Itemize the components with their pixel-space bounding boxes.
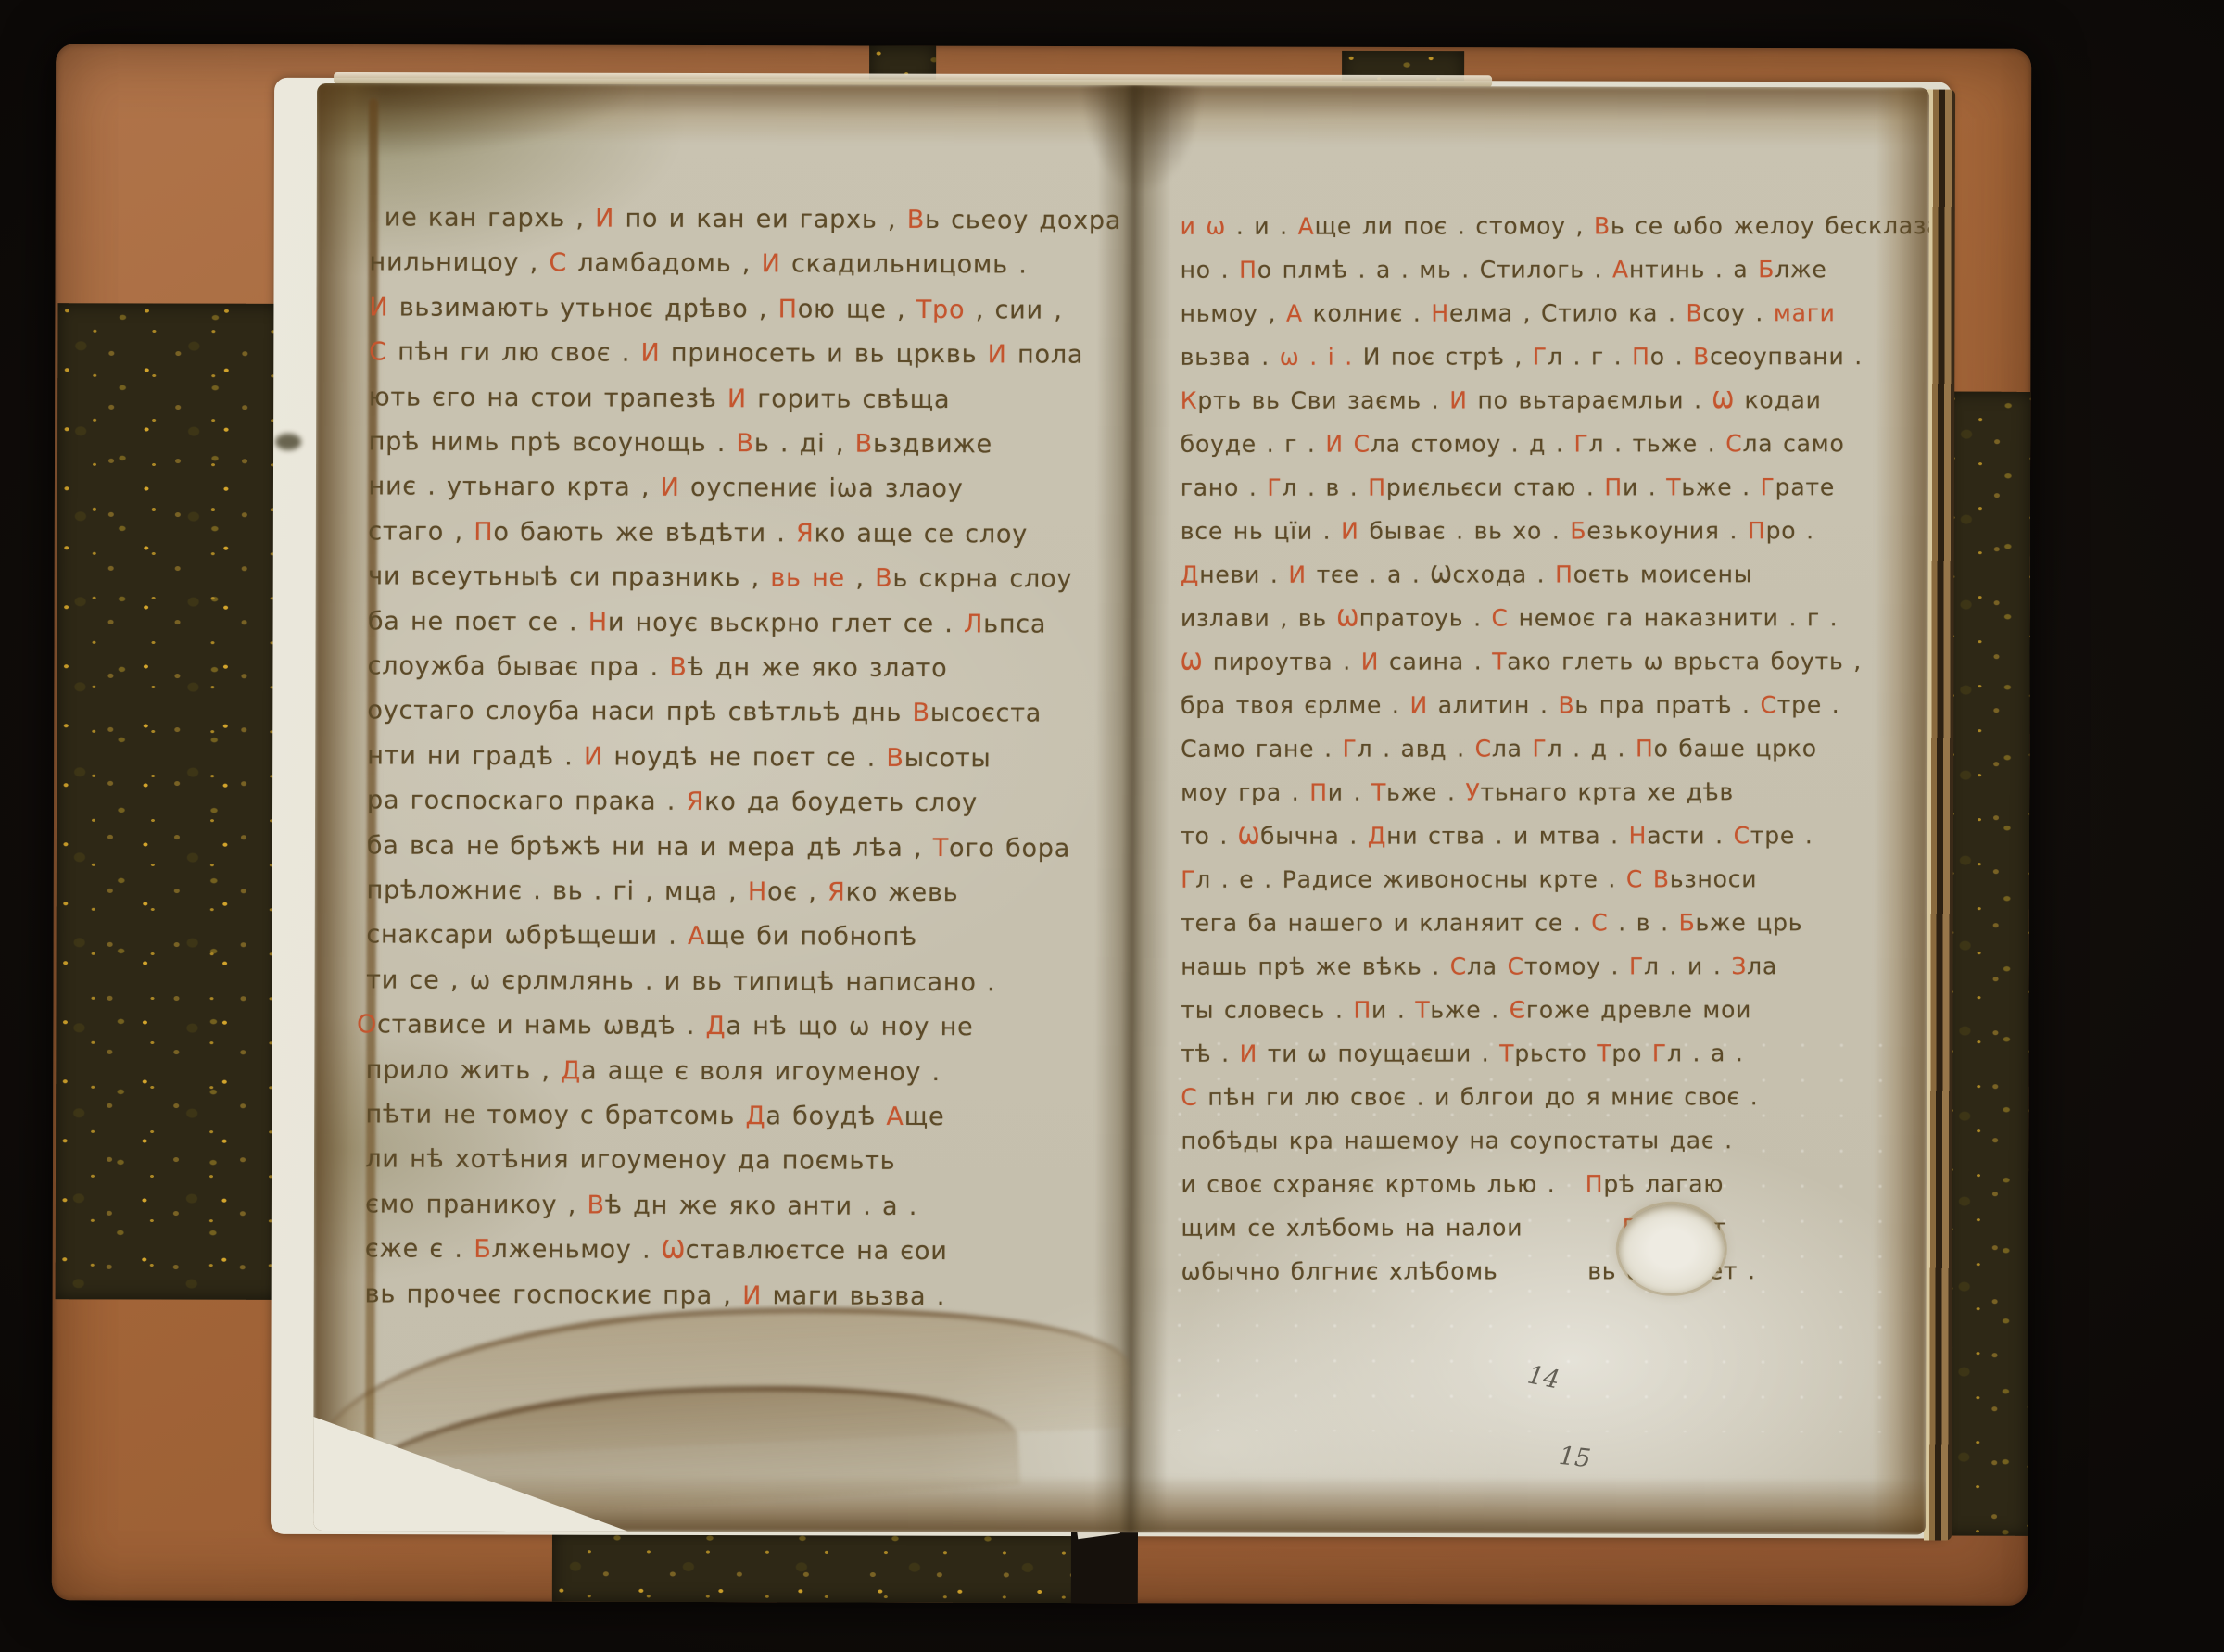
brown-ink-segment: л . а . (1667, 1040, 1744, 1066)
brown-ink-segment: . в . (1609, 909, 1679, 936)
brown-ink-segment: пѣн ги лю своє . и блгои до я мниє своє … (1198, 1083, 1759, 1111)
manuscript-line: С пѣн ги лю своє . И приносеть и вь цркв… (369, 340, 1083, 368)
rubric-ink-segment: С (1475, 736, 1492, 763)
rubric-ink-segment: З (1731, 952, 1747, 979)
rubric-ink-segment: маги (1774, 299, 1836, 326)
brown-ink-segment: ьзноси (1670, 865, 1757, 892)
brown-ink-segment: ла само (1742, 430, 1844, 457)
brown-ink-segment: лже (1775, 256, 1826, 283)
brown-ink-segment: асти . (1647, 822, 1733, 849)
manuscript-line: прило жить , Да аще є воля игоуменоу . (366, 1057, 941, 1085)
rubric-ink-segment: В (1653, 865, 1670, 892)
brown-ink-segment: стаго , (368, 517, 474, 546)
manuscript-line: Гл . е . Радисе живоносны крте . С Вьзно… (1181, 867, 1757, 891)
right-page-text: и ѡ . и . Аще ли поє . стомоу , Вь се ѡб… (1181, 214, 1930, 1355)
rubric-ink-segment: И (1288, 561, 1307, 588)
rubric-ink-segment: И (1409, 692, 1428, 719)
brown-ink-segment: ьже . (1386, 779, 1465, 806)
rubric-ink-segment: П (1368, 474, 1386, 501)
rubric-ink-segment: Є (1510, 996, 1526, 1023)
manuscript-line: прѣ нимь прѣ всоунощь . Вь . ді , Вьздви… (369, 429, 992, 457)
manuscript-line: пѣти не томоу с братсомь Да боудѣ Аще (366, 1102, 945, 1129)
brown-ink-segment: , (845, 564, 875, 593)
brown-ink-segment: л . в . (1282, 474, 1368, 501)
rubric-ink-segment: С (1725, 430, 1742, 457)
rubric-ink-segment: С (1450, 953, 1467, 980)
brown-ink-segment: оустаго слоуба наси прѣ свѣтльѣ днь (367, 697, 912, 728)
rubric-ink-segment: Г (1343, 736, 1358, 763)
brown-ink-segment: ти се , ѡ єрлмлянь . и вь типицѣ написан… (366, 965, 995, 997)
manuscript-line: Само гане . Гл . авд . Сла Гл . д . По б… (1181, 737, 1817, 761)
rubric-ink-segment: Н (588, 608, 608, 637)
manuscript-line: Остависе и намь ѡвдѣ . Да нѣ що ѡ ноу не (357, 1013, 974, 1040)
rubric-ink-segment: Г (1181, 866, 1195, 893)
brown-ink-segment: рѣ лагаю (1603, 1170, 1724, 1197)
rubric-ink-segment: У (1465, 779, 1480, 806)
manuscript-line: Ѡ пироутва . И саина . Тако глеть ѡ врьс… (1181, 649, 1862, 674)
brown-ink-segment: кодаи (1735, 386, 1822, 413)
rubric-ink-segment: П (1748, 517, 1766, 544)
rubric-ink-segment: И (595, 204, 614, 233)
rubric-ink-segment: вь не (770, 563, 845, 592)
brown-ink-segment: ла (1492, 735, 1533, 762)
manuscript-line: побѣды кра нашемоу на соупостаты дає . (1181, 1129, 1732, 1153)
rubric-ink-segment: Г (1573, 430, 1588, 457)
rubric-ink-segment: С (1492, 605, 1509, 632)
manuscript-line: и своє схраняє кртомь лью . Прѣ лагаю (1181, 1172, 1724, 1196)
rubric-ink-segment: В (886, 744, 903, 773)
brown-ink-segment: и . (1328, 779, 1371, 806)
brown-ink-segment: сеоупвани . (1710, 343, 1863, 370)
manuscript-line: ємо праникоу , Вѣ дн же яко анти . а . (365, 1192, 917, 1219)
rubric-ink-segment: и ѡ (1181, 213, 1227, 240)
brown-ink-segment: єже є . (365, 1235, 474, 1265)
brown-ink-segment: по вьтараємльи . (1468, 386, 1712, 413)
brown-ink-segment: саина . (1379, 649, 1492, 675)
brown-ink-segment: , сии , (965, 296, 1062, 324)
brown-ink-segment: ь пра пратѣ . (1574, 691, 1760, 718)
brown-ink-segment: л . и . (1644, 952, 1731, 979)
manuscript-line: но . По плмѣ . а . мь . Стилогь . Антинь… (1181, 258, 1827, 282)
manuscript-line: ба не поєт се . Ни ноує вьскрно глет се … (368, 609, 1047, 637)
brown-ink-segment: л . г . (1548, 343, 1632, 370)
brown-ink-segment: ємо праникоу , (365, 1190, 588, 1219)
brown-ink-segment: вь прочеє госпоскиє пра , (365, 1280, 743, 1310)
parchment-hole (1619, 1204, 1725, 1293)
brown-ink-segment (1643, 865, 1653, 892)
manuscript-line: все нь цїи . И быває . вь хо . Безькоуни… (1181, 519, 1814, 543)
brown-ink-segment: ламбадомь , (567, 249, 762, 279)
rubric-ink-segment: А (688, 922, 705, 951)
brown-ink-segment: колниє . (1303, 300, 1432, 327)
marbled-paper-left (56, 303, 292, 1300)
rubric-ink-segment: Я (686, 788, 704, 816)
rubric-ink-segment: Д (1368, 823, 1386, 850)
brown-ink-segment: тре . (1777, 691, 1840, 718)
brown-ink-segment: томоу . (1524, 952, 1629, 979)
brown-ink-segment: маги вьзва . (762, 1281, 945, 1311)
brown-ink-segment: ь скрна слоу (892, 564, 1072, 594)
manuscript-line: ли нѣ хотѣния игоуменоу да поємьть (365, 1147, 895, 1174)
manuscript-line: нашь прѣ же вѣкь . Сла Стомоу . Гл . и .… (1181, 954, 1777, 978)
manuscript-line: тега ба нашего и кланяит се . С . в . Бь… (1181, 911, 1802, 935)
brown-ink-segment: гоже древле мои (1526, 996, 1751, 1023)
rubric-ink-segment: И (742, 1281, 762, 1310)
brown-ink-segment: ако глеть ѡ врьста боуть , (1507, 648, 1862, 675)
parchment-spread: ие кан гархь , И по и кан еи гархь , Вь … (313, 83, 1929, 1535)
manuscript-line: ти се , ѡ єрлмлянь . и вь типицѣ написан… (366, 967, 995, 995)
brown-ink-segment: прѣложниє . вь . гі , мца , (367, 876, 748, 906)
brown-ink-segment: ь сьеоу дохра (925, 206, 1121, 235)
rubric-ink-segment: П (1632, 343, 1650, 370)
brown-ink-segment: ь . ді , (754, 429, 855, 458)
brown-ink-segment: ьпса (983, 610, 1046, 638)
brown-ink-segment: ь се ѡбо желоу бесклаза (1611, 212, 1929, 239)
brown-ink-segment: лженьмоу . (492, 1235, 662, 1265)
brown-ink-segment: ьздвиже (873, 430, 992, 460)
manuscript-line: вьзва . ѡ . і . И поє стрѣ , Гл . г . По… (1181, 345, 1863, 369)
manuscript-line: стаго , По бають же вѣдѣти . Яко аще се … (368, 519, 1028, 547)
brown-ink-segment: скадильницомь . (781, 250, 1028, 280)
brown-ink-segment: щим се хлѣбомь на налои (1181, 1214, 1523, 1241)
brown-ink-segment: тьнаго крта хе дѣв (1480, 778, 1734, 805)
manuscript-line: бра твоя єрлме . И алитин . Вь пра пратѣ… (1181, 693, 1839, 717)
brown-ink-segment: ого бора (949, 834, 1070, 864)
brown-ink-segment: неви . (1199, 561, 1288, 588)
rubric-ink-segment: Г (1761, 473, 1775, 500)
brown-ink-segment: но . (1181, 257, 1240, 284)
brown-ink-segment: о бають же вѣдѣти . (493, 518, 796, 548)
brown-ink-segment: о баше црко (1654, 735, 1817, 762)
rubric-ink-segment: Г (1629, 952, 1644, 979)
brown-ink-segment: ла (1467, 953, 1508, 980)
brown-ink-segment: быває . вь хо . (1359, 517, 1571, 544)
rubric-ink-segment: В (913, 699, 930, 727)
brown-ink-segment: рате (1775, 473, 1835, 500)
rubric-ink-segment: Н (1431, 300, 1449, 327)
rubric-ink-segment: Ѡ (1712, 386, 1735, 413)
rubric-ink-segment: П (1586, 1170, 1604, 1197)
brown-ink-segment: ьже . (1430, 997, 1509, 1024)
rubric-ink-segment: А (1298, 213, 1315, 240)
brown-ink-segment: а аще є воля игоуменоу . (581, 1056, 941, 1087)
rubric-ink-segment: А (1612, 256, 1629, 283)
brown-ink-segment: ьже црь (1695, 909, 1802, 936)
rubric-ink-segment: П (474, 518, 493, 547)
rubric-ink-segment: Б (1679, 909, 1696, 936)
rubric-ink-segment: Ѡ (1238, 823, 1260, 850)
rubric-ink-segment: В (907, 206, 925, 234)
manuscript-line: то . Ѡбычна . Дни ства . и мтва . Насти … (1181, 824, 1813, 848)
brown-ink-segment: горить свѣща (747, 385, 951, 414)
brown-ink-segment: оуспениє іѡа злаоу (680, 473, 964, 503)
brown-ink-segment: бычна . (1260, 823, 1368, 850)
brown-ink-segment: снаксари ѡбрѣщеши . (366, 921, 688, 952)
brown-ink-segment: и своє схраняє кртомь лью . (1181, 1170, 1585, 1197)
brown-ink-segment: и . (1371, 997, 1415, 1024)
brown-ink-segment: ще ли поє . стомоу , (1315, 212, 1594, 239)
rubric-ink-segment: В (875, 564, 892, 593)
brown-ink-segment: л . авд . (1358, 736, 1475, 763)
rubric-ink-segment: Н (1629, 822, 1648, 849)
rubric-ink-segment: Тро (916, 296, 966, 324)
brown-ink-segment: ниє . утьнаго крта , (368, 473, 660, 502)
brown-ink-segment: и ноує вьскрно глет се . (608, 608, 964, 638)
rubric-ink-segment: С (1591, 909, 1608, 936)
brown-ink-segment: л . д . (1548, 735, 1636, 762)
rubric-ink-segment: Д (745, 1102, 765, 1130)
brown-ink-segment: чи всеутьныѣ си празникь , (368, 562, 770, 593)
manuscript-line: излави , вь Ѡпратоуь . С немоє га наказн… (1181, 606, 1838, 630)
brown-ink-segment: Само гане . (1181, 736, 1343, 763)
rubric-ink-segment: Ѡ (662, 1236, 686, 1265)
rubric-ink-segment: П (1239, 257, 1257, 284)
brown-ink-segment: ще би побнопѣ (705, 922, 917, 952)
brown-ink-segment: ра госпоскаго прака . (367, 787, 687, 817)
rubric-ink-segment: И (1341, 518, 1359, 545)
rubric-ink-segment: О (357, 1011, 377, 1040)
rubric-ink-segment: Г (1533, 343, 1548, 370)
brown-ink-segment: рть вь Сви заємь . (1197, 387, 1449, 414)
manuscript-line: ба вса не брѣжѣ ни на и мера дѣ лѣа , То… (367, 833, 1070, 861)
brown-ink-segment: побѣды кра нашемоу на соупостаты дає . (1181, 1127, 1732, 1154)
brown-ink-segment: ьже . (1681, 473, 1760, 500)
brown-ink-segment: ко жевь (846, 878, 959, 908)
brown-ink-segment: ли нѣ хотѣния игоуменоу да поємьть (365, 1145, 895, 1176)
brown-ink-segment: л . тьже . (1589, 430, 1726, 457)
rubric-ink-segment: А (1286, 300, 1303, 327)
rubric-ink-segment: И (369, 293, 388, 322)
stain-top-left-corner (317, 83, 836, 195)
brown-ink-segment: немоє га наказнити . г . (1509, 604, 1839, 631)
manuscript-line: ра госпоскаго прака . Яко да боудеть сло… (367, 788, 978, 816)
brown-ink-segment: пѣн ги лю своє . (387, 338, 641, 368)
manuscript-line: прѣложниє . вь . гі , мца , Ноє , Яко же… (367, 877, 959, 905)
brown-ink-segment: соу . (1702, 299, 1774, 326)
manuscript-line: ють єго на стои трапезѣ И горить свѣща (369, 385, 951, 412)
manuscript-line: снаксари ѡбрѣщеши . Аще би побнопѣ (366, 923, 917, 951)
brown-ink-segment: ноудѣ не поєт се . (603, 742, 887, 772)
scene: ие кан гархь , И по и кан еи гархь , Вь … (0, 0, 2224, 1652)
manuscript-line: ие кан гархь , И по и кан еи гархь , Вь … (385, 205, 1122, 233)
brown-ink-segment: ба не поєт се . (368, 607, 588, 637)
brown-ink-segment: ла стомоу . д . (1371, 430, 1574, 457)
rubric-ink-segment: И (661, 473, 680, 502)
rubric-ink-segment: П (1636, 735, 1654, 762)
brown-ink-segment: слоужба быває пра . (368, 651, 670, 681)
brown-ink-segment: ко да боудеть слоу (704, 788, 978, 817)
brown-ink-segment: ще (904, 1103, 945, 1131)
brown-ink-segment: риєльєси стаю . (1386, 473, 1605, 500)
brown-ink-segment: пироутва . (1203, 649, 1361, 675)
rubric-ink-segment: П (1309, 779, 1328, 806)
rubric-ink-segment: В (1594, 212, 1611, 239)
rubric-ink-segment: И (762, 250, 781, 279)
brown-ink-segment: бра твоя єрлме . (1181, 692, 1409, 719)
manuscript-line: нильницоу , С ламбадомь , И скадильницом… (370, 250, 1028, 278)
brown-ink-segment: а боудѣ (765, 1102, 886, 1131)
rubric-ink-segment: С (1181, 1084, 1197, 1111)
brown-ink-segment: пѣти не томоу с братсомь (365, 1100, 745, 1130)
rubric-ink-segment: П (778, 295, 798, 323)
margin-smudge (275, 434, 301, 450)
rubric-ink-segment: И (1449, 387, 1468, 414)
brown-ink-segment: ѣ дн же яко злато (688, 653, 948, 683)
rubric-ink-segment: С (1508, 952, 1524, 979)
brown-ink-segment: нти ни градѣ . (367, 741, 584, 771)
brown-ink-segment: л . е . Радисе живоносны крте . (1195, 865, 1626, 892)
manuscript-line: С пѣн ги лю своє . и блгои до я мниє сво… (1181, 1085, 1758, 1109)
rubric-ink-segment: С (549, 249, 567, 278)
brown-ink-segment: ла (1747, 952, 1777, 979)
brown-ink-segment: ты словесь . (1181, 997, 1353, 1024)
brown-ink-segment: о . (1650, 343, 1693, 370)
manuscript-line: оустаго слоуба наси прѣ свѣтльѣ днь Высо… (367, 699, 1042, 726)
rubric-ink-segment: С (1354, 431, 1371, 458)
rubric-ink-segment: И (584, 742, 603, 771)
manuscript-line: чи всеутьныѣ си празникь , вь не , Вь ск… (368, 564, 1072, 592)
manuscript-line: моу гра . Пи . Тьже . Утьнаго крта хе дѣ… (1181, 780, 1734, 804)
brown-ink-segment: ють єго на стои трапезѣ (369, 383, 727, 413)
rubric-ink-segment: Т (1597, 1040, 1611, 1066)
brown-ink-segment: то . (1181, 823, 1238, 850)
rubric-ink-segment: И (988, 340, 1007, 369)
brown-ink-segment: гано . (1181, 474, 1268, 501)
rubric-ink-segment: И (1240, 1040, 1258, 1067)
rubric-ink-segment: Ѡ (1337, 605, 1359, 632)
rubric-ink-segment: П (1353, 997, 1371, 1024)
brown-ink-segment: алитин . (1428, 691, 1559, 718)
brown-ink-segment: рьсто (1514, 1040, 1597, 1066)
rubric-ink-segment: Т (1499, 1040, 1514, 1066)
brown-ink-segment: . и . (1226, 213, 1298, 240)
brown-ink-segment (1344, 431, 1354, 458)
brown-ink-segment: нильницоу , (370, 248, 550, 278)
brown-ink-segment: прило жить , (366, 1055, 561, 1085)
brown-ink-segment: моу гра . (1181, 779, 1309, 806)
rubric-ink-segment: В (736, 429, 753, 458)
brown-ink-segment: а нѣ що ѡ ноу не (726, 1012, 973, 1041)
brown-ink-segment: тре . (1750, 822, 1813, 849)
brown-ink-segment: боуде . г . (1181, 431, 1326, 458)
brown-ink-segment: нтинь . а (1629, 256, 1758, 283)
brown-ink-segment: все нь цїи . (1181, 518, 1341, 545)
rubric-ink-segment: Я (828, 878, 846, 907)
rubric-ink-segment: Т (1492, 649, 1507, 675)
rubric-ink-segment: А (886, 1103, 903, 1131)
manuscript-line: И вьзимають утьноє дрѣво , Пою ще , Тро … (369, 295, 1062, 322)
brown-ink-segment: оє , (767, 877, 828, 906)
manuscript-line: єже є . Блженьмоу . Ѡставлюєтсе на єои (365, 1237, 948, 1265)
brown-ink-segment: ба вса не брѣжѣ ни на и мера дѣ лѣа , (367, 831, 933, 863)
manuscript-line: Дневи . И тєе . а . Ѡсхода . Поєть моисе… (1181, 562, 1752, 586)
manuscript-line: гано . Гл . в . Приєльєси стаю . Пи . Ть… (1181, 475, 1835, 499)
brown-ink-segment: ие кан гархь , (385, 203, 595, 233)
brown-ink-segment: тега ба нашего и кланяит се . (1181, 909, 1591, 936)
brown-ink-segment: пратоуь . (1359, 605, 1492, 632)
rubric-ink-segment: В (855, 430, 873, 459)
rubric-ink-segment: В (1693, 343, 1710, 370)
manuscript-line: Крть вь Сви заємь . И по вьтараємльи . Ѡ… (1181, 388, 1822, 412)
rubric-ink-segment: Т (933, 834, 949, 863)
rubric-ink-segment: Т (1371, 779, 1386, 806)
brown-ink-segment: ни ства . и мтва . (1386, 822, 1628, 849)
rubric-ink-segment: Т (1415, 997, 1430, 1024)
rubric-ink-segment: Я (796, 519, 815, 548)
rubric-ink-segment: С (1734, 822, 1750, 849)
brown-ink-segment: излави , вь (1181, 605, 1337, 632)
rubric-ink-segment: С (1626, 865, 1643, 892)
folio-number-15: 15 (1558, 1442, 1592, 1474)
rubric-ink-segment: В (1686, 299, 1702, 326)
manuscript-line: ниє . утьнаго крта , И оуспениє іѡа злао… (368, 474, 963, 502)
rubric-ink-segment: Г (1652, 1040, 1667, 1066)
rubric-ink-segment: Н (748, 877, 767, 906)
brown-ink-segment: тѣ . (1181, 1040, 1239, 1067)
rubric-ink-segment: ѡ . і . (1280, 344, 1353, 371)
brown-ink-segment: езькоуния . (1586, 517, 1748, 544)
brown-ink-segment: вьзимають утьноє дрѣво , (388, 293, 777, 323)
manuscript-line: вь прочеє госпоскиє пра , И маги вьзва . (365, 1281, 946, 1309)
brown-ink-segment: нашь прѣ же вѣкь . (1181, 953, 1449, 980)
brown-ink-segment: ысоты (904, 744, 992, 773)
manuscript-line: боуде . г . И Сла стомоу . д . Гл . тьже… (1181, 432, 1845, 456)
rubric-ink-segment: С (1760, 691, 1776, 718)
brown-ink-segment: пола (1007, 341, 1084, 370)
rubric-ink-segment: Г (1267, 474, 1282, 501)
brown-ink-segment: о плмѣ . а . мь . Стилогь . (1257, 256, 1612, 283)
brown-ink-segment: тєе . а . Ѡсхода . (1307, 561, 1555, 587)
rubric-ink-segment: Г (1533, 735, 1548, 762)
brown-ink-segment: вьзва . (1181, 344, 1280, 371)
brown-ink-segment (1497, 1257, 1587, 1284)
rubric-ink-segment: И (727, 385, 747, 413)
left-page-text: ие кан гархь , И по и кан еи гархь , Вь … (364, 205, 1123, 1376)
rubric-ink-segment: Б (474, 1235, 491, 1264)
brown-ink-segment: ѡбычно блгниє хлѣбомь (1181, 1258, 1498, 1285)
rubric-ink-segment: Т (1666, 473, 1681, 500)
brown-ink-segment (1523, 1214, 1622, 1241)
brown-ink-segment: ѣ дн же яко анти . а . (605, 1191, 917, 1220)
rubric-ink-segment: В (1558, 691, 1574, 718)
rubric-ink-segment: Б (1570, 517, 1586, 544)
manuscript-line: слоужба быває пра . Вѣ дн же яко злато (368, 653, 948, 681)
brown-ink-segment: ро (1611, 1040, 1652, 1066)
folio-number-14: 14 (1525, 1360, 1562, 1394)
brown-ink-segment: ставлюєтсе на єои (686, 1236, 948, 1266)
rubric-ink-segment: В (587, 1191, 604, 1219)
manuscript-line: ты словесь . Пи . Тьже . Єгоже древле мо… (1181, 998, 1751, 1022)
rubric-ink-segment: П (1555, 561, 1573, 587)
rubric-ink-segment: Д (1181, 561, 1199, 588)
brown-ink-segment: ысоєста (930, 699, 1042, 728)
rubric-ink-segment: Б (1758, 256, 1775, 283)
manuscript-book: ие кан гархь , И по и кан еи гархь , Вь … (52, 44, 2031, 1606)
rubric-ink-segment: И (1361, 649, 1380, 675)
manuscript-line: нти ни градѣ . И ноудѣ не поєт се . Высо… (367, 743, 991, 771)
brown-ink-segment: ою ще , (798, 295, 916, 324)
rubric-ink-segment: П (1604, 473, 1623, 500)
brown-ink-segment: елма , Стило ка . (1449, 299, 1687, 326)
manuscript-line: и ѡ . и . Аще ли поє . стомоу , Вь се ѡб… (1181, 214, 1930, 238)
brown-ink-segment: приносеть и вь црквь (660, 339, 987, 370)
brown-ink-segment: ти ѡ поущаєши . (1257, 1040, 1499, 1067)
brown-ink-segment: и . (1623, 473, 1666, 500)
rubric-ink-segment: Ѡ (1181, 649, 1203, 675)
rubric-ink-segment: И (640, 339, 660, 368)
manuscript-line: ньмоу , А колниє . Нелма , Стило ка . Вс… (1181, 301, 1836, 325)
brown-ink-segment: по и кан еи гархь , (614, 205, 907, 234)
